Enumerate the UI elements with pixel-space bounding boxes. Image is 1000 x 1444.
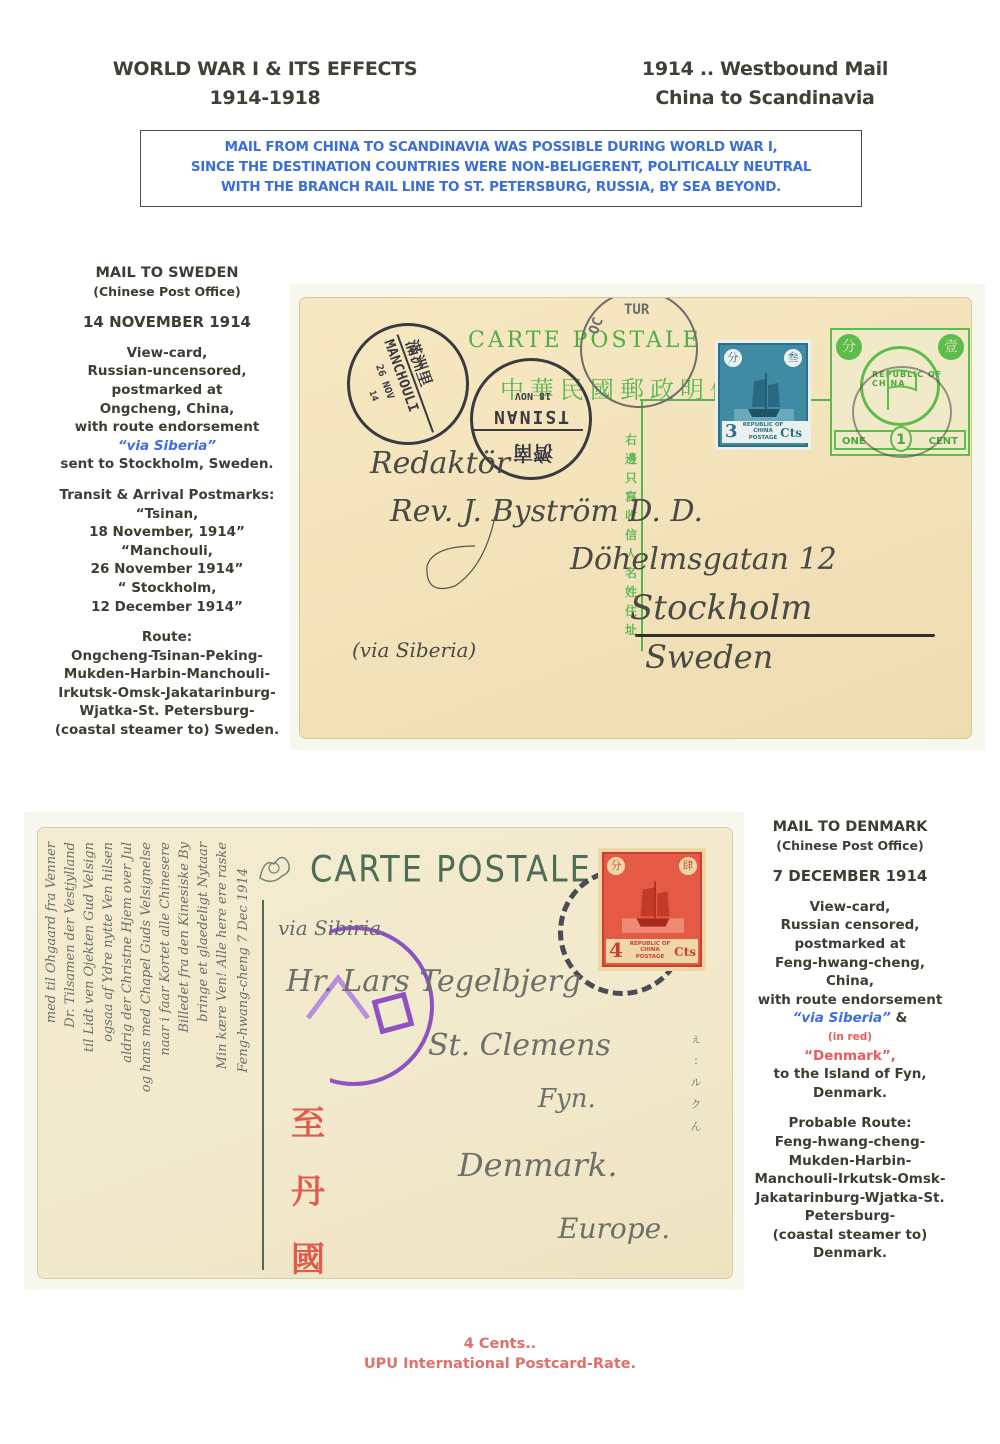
page-subject-line2: China to Scandinavia: [610, 84, 920, 113]
intro-line2: SINCE THE DESTINATION COUNTRIES WERE NON…: [141, 157, 861, 177]
card2-vertical-script: ぇ:ルクん: [690, 1028, 702, 1138]
denmark-red-endorsement: “Denmark”,: [748, 1047, 952, 1066]
card2-address-line-6: Europe.: [558, 1212, 670, 1245]
sweden-route-2: Mukden-Harbin-Manchouli-: [52, 665, 282, 684]
sweden-desc-end: sent to Stockholm, Sweden.: [52, 455, 282, 474]
exhibit-title-line1: WORLD WAR I & ITS EFFECTS: [80, 55, 450, 84]
intro-line1: MAIL FROM CHINA TO SCANDINAVIA WAS POSSI…: [141, 137, 861, 157]
sweden-title: MAIL TO SWEDEN: [52, 264, 282, 283]
page-subject: 1914 .. Westbound Mail China to Scandina…: [610, 55, 920, 113]
sweden-description: MAIL TO SWEDEN (Chinese Post Office) 14 …: [52, 264, 282, 740]
denmark-route-3: Manchouli-Irkutsk-Omsk-: [748, 1170, 952, 1189]
address-line-4: Stockholm: [630, 588, 813, 628]
denmark-title: MAIL TO DENMARK: [748, 818, 952, 837]
sweden-desc-3: postmarked at: [52, 381, 282, 400]
denmark-desc-end-2: Denmark.: [748, 1084, 952, 1103]
postcard-sweden: CARTE POSTALE 中華民國郵政明信片 右邊只 寫收信 人名姓 住址 滿…: [300, 298, 971, 738]
sweden-postmark-2: 18 November, 1914”: [52, 523, 282, 542]
denmark-desc-1: View-card,: [748, 898, 952, 917]
denmark-route-1: Feng-hwang-cheng-: [748, 1133, 952, 1152]
denmark-route-title: Probable Route:: [748, 1114, 952, 1133]
sweden-desc-2: Russian-uncensored,: [52, 362, 282, 381]
sweden-date: 14 NOVEMBER 1914: [52, 313, 282, 332]
rate-note-line2: UPU International Postcard-Rate.: [300, 1354, 700, 1374]
intro-box: MAIL FROM CHINA TO SCANDINAVIA WAS POSSI…: [140, 130, 862, 207]
denmark-desc-4: Feng-hwang-cheng,: [748, 954, 952, 973]
card2-divider: [262, 900, 264, 1270]
stamp-4-cents: 分 肆 4 REPUBLIC OF CHINA POSTAGE Cts: [598, 848, 706, 971]
sweden-route-5: (coastal steamer to) Sweden.: [52, 721, 282, 740]
sweden-desc-1: View-card,: [52, 344, 282, 363]
sweden-postmarks-title: Transit & Arrival Postmarks:: [52, 486, 282, 505]
card2-address-line-1: via Sibiria.: [278, 916, 388, 940]
route-note: (via Siberia): [352, 638, 476, 662]
sweden-endorsement: “via Siberia”: [52, 437, 282, 456]
rate-note: 4 Cents.. UPU International Postcard-Rat…: [300, 1334, 700, 1374]
sweden-route-title: Route:: [52, 628, 282, 647]
crest-ornament-icon: [254, 848, 294, 888]
cancel-postmark: [852, 366, 952, 458]
denmark-route-7: Denmark.: [748, 1244, 952, 1263]
flourish-icon: [415, 506, 505, 596]
card2-address-line-4: Fyn.: [538, 1084, 596, 1114]
postcard-denmark: med til Ohgaard fra Venner Dr. Tilsamen …: [38, 828, 732, 1278]
denmark-route-4: Jakatarinburg-Wjatka-St.: [748, 1189, 952, 1208]
intro-line3: WITH THE BRANCH RAIL LINE TO ST. PETERSB…: [141, 177, 861, 197]
junk-ship-icon: [734, 371, 794, 423]
rate-note-line1: 4 Cents..: [300, 1334, 700, 1354]
address-line-5: Sweden: [645, 638, 773, 676]
exhibit-title-line2: 1914-1918: [80, 84, 450, 113]
postmark-manchouli: 滿洲里 MANCHOULI 26 NOV 14: [347, 323, 469, 445]
card2-address-line-2: Hr. Lars Tegelbjerg: [286, 964, 581, 999]
red-cn-destination: 至丹國: [288, 1090, 328, 1278]
sweden-desc-5: with route endorsement: [52, 418, 282, 437]
sweden-postmark-6: 12 December 1914”: [52, 598, 282, 617]
denmark-description: MAIL TO DENMARK (Chinese Post Office) 7 …: [748, 818, 952, 1263]
denmark-route-2: Mukden-Harbin-: [748, 1152, 952, 1171]
denmark-date: 7 DECEMBER 1914: [748, 867, 952, 886]
sweden-route-1: Ongcheng-Tsinan-Peking-: [52, 647, 282, 666]
denmark-in-red: (in red): [748, 1028, 952, 1047]
denmark-desc-end-1: to the Island of Fyn,: [748, 1065, 952, 1084]
denmark-desc-3: postmarked at: [748, 935, 952, 954]
card2-message: med til Ohgaard fra Venner Dr. Tilsamen …: [44, 838, 259, 1268]
junk-ship-icon: [622, 878, 684, 934]
page-subject-line1: 1914 .. Westbound Mail: [610, 55, 920, 84]
sweden-postmark-1: “Tsinan,: [52, 505, 282, 524]
stamp-1-cent-imprint: 分 壹 REPUBLIC OF CHINA ONE CENT 1: [830, 328, 970, 456]
denmark-route-6: (coastal steamer to): [748, 1226, 952, 1245]
sweden-desc-4: Ongcheng, China,: [52, 400, 282, 419]
denmark-route-5: Petersburg-: [748, 1207, 952, 1226]
sweden-route-3: Irkutsk-Omsk-Jakatarinburg-: [52, 684, 282, 703]
sweden-postmark-5: “ Stockholm,: [52, 579, 282, 598]
denmark-endorsement: “via Siberia”: [793, 1010, 891, 1026]
denmark-amp: &: [891, 1010, 907, 1026]
stamp-3-cents: 分 叁 3 REPUBLIC OF CHINA POSTAGE Cts: [715, 340, 811, 450]
address-line-3: Döhelmsgatan 12: [570, 542, 837, 577]
sweden-route-4: Wjatka-St. Petersburg-: [52, 702, 282, 721]
address-line-1: Redaktör: [370, 446, 510, 481]
exhibit-title: WORLD WAR I & ITS EFFECTS 1914-1918: [80, 55, 450, 113]
sweden-postmark-3: “Manchouli,: [52, 542, 282, 561]
card2-address-line-5: Denmark.: [458, 1146, 617, 1184]
card2-address-line-3: St. Clemens: [428, 1028, 611, 1063]
denmark-desc-6: with route endorsement: [748, 991, 952, 1010]
card2-heading: CARTE POSTALE: [310, 847, 592, 891]
denmark-subtitle: (Chinese Post Office): [748, 837, 952, 856]
denmark-desc-2: Russian censored,: [748, 916, 952, 935]
address-underline: [635, 634, 935, 637]
denmark-desc-5: China,: [748, 972, 952, 991]
sweden-subtitle: (Chinese Post Office): [52, 283, 282, 302]
sweden-postmark-4: 26 November 1914”: [52, 560, 282, 579]
